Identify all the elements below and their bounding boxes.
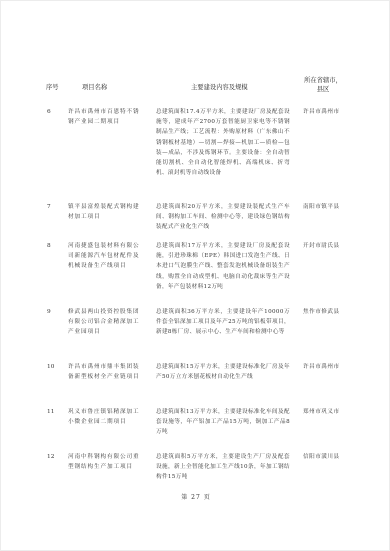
- row-content: 总建筑面积17万平方米，主要建设厂房及配套设施，引进珍珠棉（EPE）韩国进口发泡…: [156, 241, 290, 292]
- row-no: 9: [47, 307, 51, 317]
- row-no: 11: [47, 407, 54, 417]
- row-project-name: 巩义市鲁庄镇铝精深加工小微企业园二期项目: [68, 407, 141, 427]
- row-location: 南阳市镇平县: [303, 202, 363, 212]
- row-no: 10: [47, 362, 54, 372]
- header-project-name: 项目名称: [82, 82, 107, 91]
- row-project-name: 镇平县富煌装配式钢构建材加工项目: [68, 202, 141, 222]
- header-no: 序号: [46, 82, 59, 91]
- row-no: 7: [47, 202, 51, 212]
- header-location: 所在省辖市，县区: [298, 76, 348, 94]
- row-project-name: 许昌市禹州市鼎丰集团装备新型板材全产业链项目: [68, 362, 141, 382]
- row-location: 开封市尉氏县: [303, 241, 363, 251]
- row-content: 总建筑面积17.4万平方米，主要建设厂房及配套设施等，建成年产2700万套智能厨…: [156, 107, 290, 178]
- row-project-name: 修武县两山投资控股集团有限公司铝合金精深加工产业园项目: [68, 307, 141, 338]
- row-location: 信阳市潢川县: [303, 452, 363, 462]
- header-location-line1: 所在省辖市，: [304, 77, 342, 84]
- page-number: 第 27 页: [1, 492, 390, 501]
- row-location: 许昌市禹州市: [303, 362, 363, 372]
- row-content: 总建筑面积15万平方米，主要建设标准化厂房及年产50万立方米刨花板材自动化生产线: [156, 362, 290, 382]
- table-header: 序号 项目名称 主要建设内容及规模 所在省辖市，县区: [1, 77, 390, 103]
- row-project-name: 许昌市禹州市百恩特不锈钢产业园二期项目: [68, 107, 141, 127]
- header-content: 主要建设内容及规模: [191, 82, 248, 91]
- row-no: 8: [47, 241, 51, 251]
- row-project-name: 河南中科钢构有限公司重型钢结构生产加工项目: [68, 452, 141, 472]
- document-page: 序号 项目名称 主要建设内容及规模 所在省辖市，县区 6 许昌市禹州市百恩特不锈…: [0, 0, 390, 551]
- row-no: 12: [47, 452, 54, 462]
- row-content: 总建筑面积5万平方米，主要建设生产厂房及配套设施，新上全智能化加工生产线10条，…: [156, 452, 290, 483]
- row-content: 总建筑面积20万平方米，主要建设装配式生产车间、钢构加工车间、检测中心等，建设绿…: [156, 202, 290, 233]
- row-content: 总建筑面积36万平方米，主要建设年产10000万件套全铝深加工项目及年产25万吨…: [156, 307, 290, 338]
- row-project-name: 河南捷盛包装材料有限公司新能源汽车包材配件及机械设备生产线项目: [68, 241, 141, 272]
- row-no: 6: [47, 107, 51, 117]
- row-location: 郑州市巩义市: [303, 407, 363, 417]
- row-location: 许昌市禹州市: [303, 107, 363, 117]
- header-location-line2: 县区: [317, 86, 330, 93]
- row-content: 总建筑面积13万平方米，主要建设标准化车间及配套设施等，年产铝加工产品15万吨，…: [156, 407, 290, 438]
- row-location: 焦作市修武县: [303, 307, 363, 317]
